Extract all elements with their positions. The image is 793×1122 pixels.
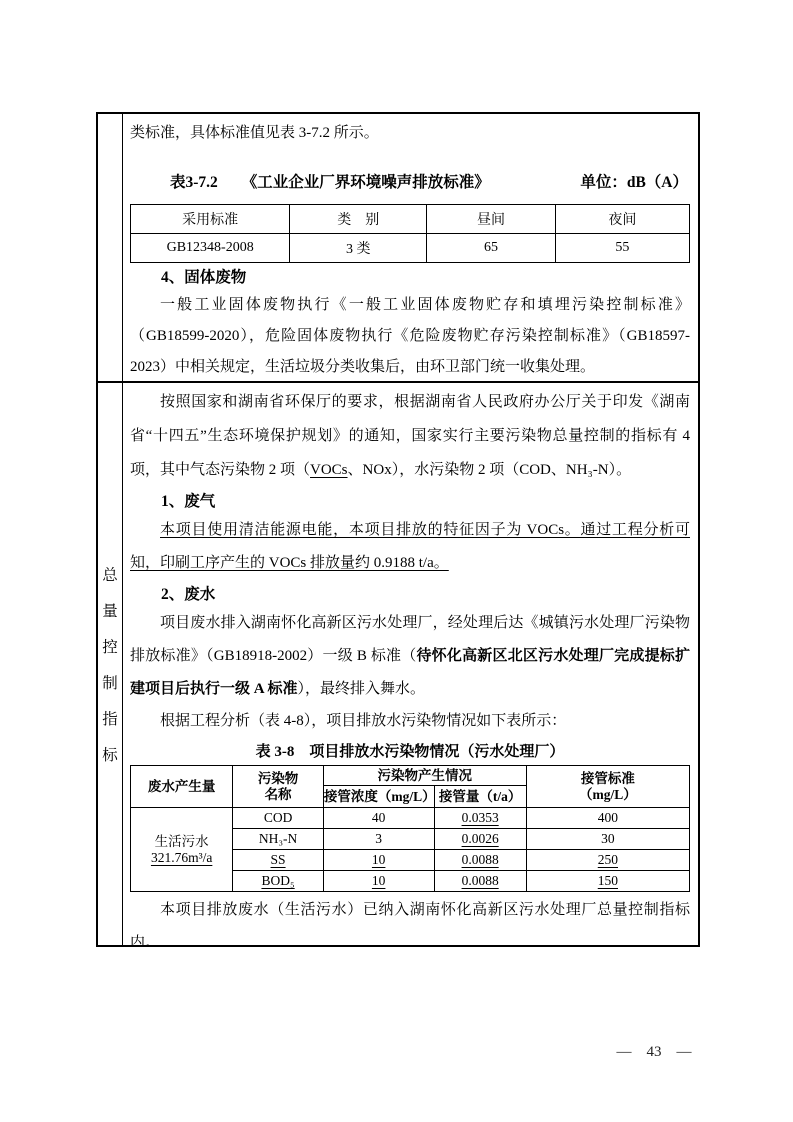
source-line: 生活污水 (131, 834, 232, 850)
table38-cell-name: COD (233, 808, 324, 829)
intro-vocs-underlined: VOCs (310, 462, 348, 478)
paragraph-analysis-ref: 根据工程分析（表 4-8），项目排放水污染物情况如下表所示： (130, 706, 690, 737)
source-volume: 321.76m³/a (131, 850, 232, 866)
table38-header-source: 废水产生量 (131, 766, 233, 808)
table38-cell-amount: 0.0088 (434, 871, 526, 892)
table372-header-day: 昼间 (427, 205, 556, 234)
heading-waste-water: 2、废水 (130, 583, 690, 607)
label-char: 量 (102, 599, 118, 621)
table372-header-category: 类 别 (290, 205, 427, 234)
page-number-value: 43 (647, 1044, 662, 1061)
heading-solid-waste: 4、固体废物 (130, 266, 690, 290)
waste-water-text-tail: ），最终排入舞水。 (298, 681, 426, 697)
table-3-8: 废水产生量 污染物名称 污染物产生情况 接管标准（mg/L） 接管浓度（mg/L… (130, 765, 690, 892)
table372-cell-category: 3 类 (290, 234, 427, 263)
header-line: 接管标准 (527, 771, 689, 787)
table372-cell-standard: GB12348-2008 (131, 234, 290, 263)
table372-unit: 单位：dB（A） (580, 171, 688, 195)
table38-cell-name: BOD₅ (233, 871, 324, 892)
table372-cell-day: 65 (427, 234, 556, 263)
table38-cell-conc: 10 (323, 871, 434, 892)
header-line: 污染物 (233, 771, 323, 787)
table38-cell-amount: 0.0353 (434, 808, 526, 829)
row2-content-cell: 按照国家和湖南省环保厅的要求，根据湖南省人民政府办公厅关于印发《湖南省“十四五”… (123, 383, 698, 945)
heading-waste-gas: 1、废气 (130, 490, 690, 514)
page-number-dash-left: — (617, 1044, 632, 1061)
table372-header-row: 采用标准 类 别 昼间 夜间 (131, 205, 690, 234)
table372-title-line: 表3-7.2 《工业企业厂界环境噪声排放标准》 单位：dB（A） (130, 171, 690, 195)
table372-title: 《工业企业厂界环境噪声排放标准》 (242, 171, 490, 195)
row2-label-cell: 总 量 控 制 指 标 (98, 383, 123, 945)
waste-gas-underlined-text: 本项目使用清洁能源电能，本项目排放的特征因子为 VOCs。通过工程分析可知，印刷… (130, 522, 690, 571)
page-number: — 43 — (604, 1044, 704, 1061)
paragraph-total-control-intro: 按照国家和湖南省环保厅的要求，根据湖南省人民政府办公厅关于印发《湖南省“十四五”… (130, 383, 690, 487)
table38-header-amount: 接管量（t/a） (434, 786, 526, 808)
header-line: （mg/L） (527, 787, 689, 803)
table372-header-night: 夜间 (555, 205, 689, 234)
table38-cell-conc: 40 (323, 808, 434, 829)
table38-cell-conc: 10 (323, 850, 434, 871)
table38-cell-std: 30 (526, 829, 689, 850)
intro-text-tail: 、NOx），水污染物 2 项（COD、NH₃-N）。 (348, 462, 632, 478)
page-number-dash-right: — (677, 1044, 692, 1061)
paragraph-solid-waste: 一般工业固体废物执行《一般工业固体废物贮存和填埋污染控制标准》（GB18599-… (130, 290, 690, 383)
table38-cell-std: 250 (526, 850, 689, 871)
paragraph-noise-standard-ref: 类标准，具体标准值见表 3-7.2 所示。 (130, 114, 690, 150)
label-char: 总 (102, 563, 118, 585)
table38-title: 表 3-8 项目排放水污染物情况（污水处理厂） (130, 740, 690, 764)
label-char: 标 (102, 743, 118, 765)
table38-cell-name: NH₃-N (233, 829, 324, 850)
document-page: 类标准，具体标准值见表 3-7.2 所示。 表3-7.2 《工业企业厂界环境噪声… (0, 0, 793, 1122)
label-char: 控 (102, 635, 118, 657)
row1-content-cell: 类标准，具体标准值见表 3-7.2 所示。 表3-7.2 《工业企业厂界环境噪声… (123, 114, 698, 383)
table38-cell-source: 生活污水321.76m³/a (131, 808, 233, 892)
table38-header-row-1: 废水产生量 污染物名称 污染物产生情况 接管标准（mg/L） (131, 766, 690, 786)
table38-cell-std: 400 (526, 808, 689, 829)
table38-header-conc: 接管浓度（mg/L） (323, 786, 434, 808)
row1-label-cell (98, 114, 123, 383)
table38-cell-amount: 0.0026 (434, 829, 526, 850)
paragraph-waste-water: 项目废水排入湖南怀化高新区污水处理厂，经处理后达《城镇污水处理厂污染物排放标准》… (130, 607, 690, 706)
table38-cell-name: SS (233, 850, 324, 871)
table38-cell-std: 150 (526, 871, 689, 892)
table38-header-standard: 接管标准（mg/L） (526, 766, 689, 808)
paragraph-closing: 本项目排放废水（生活污水）已纳入湖南怀化高新区污水处理厂总量控制指标内。 (130, 894, 690, 945)
table372-header-standard: 采用标准 (131, 205, 290, 234)
table372-number: 表3-7.2 (170, 171, 218, 195)
vertical-label-total-control: 总 量 控 制 指 标 (98, 383, 122, 945)
label-char: 制 (102, 671, 118, 693)
table-3-7-2: 采用标准 类 别 昼间 夜间 GB12348-2008 3 类 65 55 (130, 204, 690, 263)
paragraph-waste-gas: 本项目使用清洁能源电能，本项目排放的特征因子为 VOCs。通过工程分析可知，印刷… (130, 514, 690, 580)
table372-data-row: GB12348-2008 3 类 65 55 (131, 234, 690, 263)
table38-header-pollutant: 污染物名称 (233, 766, 324, 808)
table38-cell-amount: 0.0088 (434, 850, 526, 871)
table38-header-generation: 污染物产生情况 (323, 766, 526, 786)
table38-row-cod: 生活污水321.76m³/a COD 40 0.0353 400 (131, 808, 690, 829)
form-table: 类标准，具体标准值见表 3-7.2 所示。 表3-7.2 《工业企业厂界环境噪声… (96, 112, 700, 947)
label-char: 指 (102, 707, 118, 729)
header-line: 名称 (233, 787, 323, 803)
table372-cell-night: 55 (555, 234, 689, 263)
table38-cell-conc: 3 (323, 829, 434, 850)
